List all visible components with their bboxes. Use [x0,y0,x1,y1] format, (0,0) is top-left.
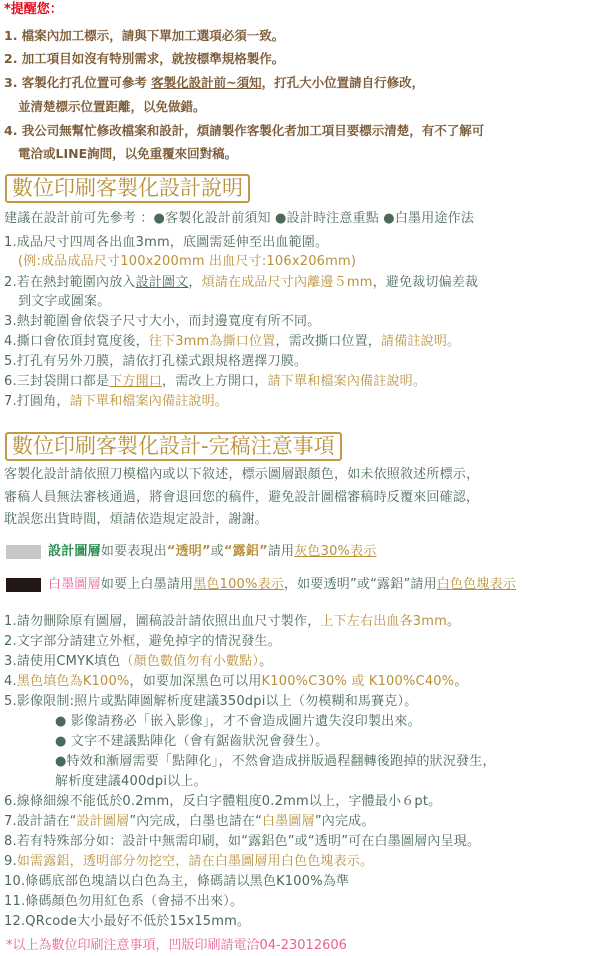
text: 7.打圓角， [4,394,70,409]
text: ，如要透明”或“露鋁”請用 [284,577,437,592]
section2-intro-3: 耽誤您出貨時間，煩請依造規定設計，謝謝。 [4,512,268,528]
section2-item-12: 12.QRcode大小最好不低於15x15mm。 [4,914,250,930]
text-highlight: 黑色填色為K100% [17,674,130,689]
gray-swatch [6,545,41,559]
black-swatch [6,578,41,592]
text-underlined: 白色色塊表示 [437,577,516,592]
text-highlight: 往下3mm為撕口位置 [149,334,276,349]
section1-item-6: 6.三封袋開口都是下方開口，需改上方開口，請下單和檔案內備註說明。 [4,374,426,390]
text: 如要上白墨請用 [101,577,193,592]
text-highlight: K100%C30% 或 K100%C40% [262,674,455,689]
text: 2.若在熱封範圍內放入 [4,275,136,290]
text: 。 [447,614,460,629]
reminder-item-4-cont: 電洽或LINE詢問，以免重覆來回對稿。 [18,146,237,162]
section1-item-1-example: (例:成品成品尺寸100x200mm 出血尺寸:106x206mm) [18,254,356,270]
footer-note: *以上為數位印刷注意事項，凹版印刷請電洽04-23012606 [6,938,347,954]
text-highlight: 煩請在成品尺寸內離邊５mm [202,275,373,290]
text: 。 [259,654,272,669]
text: 請用 [268,544,294,559]
section2-item-7: 7.設計請在“設計圖層”內完成，白墨也請在“白墨圖層”內完成。 [4,814,375,830]
section2-item-5-sub-3-cont: 解析度建議400dpi以上。 [55,774,207,790]
section1-item-5: 5.打孔有另外刀膜，請依打孔樣式跟規格選擇刀膜。 [4,354,307,370]
section2-item-11: 11.條碼顏色勿用紅色系（會掃不出來）。 [4,894,243,910]
text: 如要表現出 [101,544,167,559]
legend-white-ink-layer: 白墨圖層如要上白墨請用黑色100%表示，如要透明”或“露鋁”請用白色色塊表示 [48,577,516,593]
text: 9. [4,854,17,869]
text-highlight: 請備註說明。 [381,334,460,349]
text-highlight: “露鋁” [224,544,268,559]
section2-item-5-sub-1: ● 影像請務必「嵌入影像」，才不會造成圖片遺失沒印製出來。 [55,714,421,730]
section2-item-8: 8.若有特殊部分如：設計中無需印刷，如“露鋁色”或“透明”可在白墨圖層內呈現。 [4,834,480,850]
text: ，需改上方開口， [162,374,268,389]
text: 3.請使用CMYK填色 [4,654,120,669]
reminder-item-3-post: ，打孔大小位置請自行修改， [262,75,425,90]
section2-intro-1: 客製化設計請依照刀模檔內或以下敘述，標示圖層跟顏色，如未依照敘述所標示， [4,467,479,483]
section2-intro-2: 審稿人員無法審核通過，將會退回您的稿件，避免設計圖檔審稿時反覆來回確認， [4,490,479,506]
text: 7.設計請在“ [4,814,77,829]
reminder-item-2: 2. 加工項目如沒有特別需求，就按標準規格製作。 [4,51,284,67]
section2-item-5: 5.影像限制:照片或點陣圖解析度建議350dpi以上（勿模糊和馬賽克）。 [4,694,417,710]
text: 4. [4,674,17,689]
text: ， [188,275,201,290]
section2-item-3: 3.請使用CMYK填色（顏色數值勿有小數點）。 [4,654,272,670]
reminder-item-4: 4. 我公司無幫忙修改檔案和設計，煩請製作客製化者加工項目要標示清楚，有不了解可 [4,123,484,139]
text-highlight: 白墨圖層 [262,814,315,829]
legend-design-layer: 設計圖層如要表現出“透明”或“露鋁”請用灰色30%表示 [48,544,377,560]
section2-item-10: 10.條碼底部色塊請以白色為主，條碼請以黑色K100%為準 [4,874,349,890]
section2-item-2: 2.文字部分請建立外框，避免掉字的情況發生。 [4,634,281,650]
text-highlight: 請下單和檔案內備註說明。 [70,394,228,409]
text-highlight: 如需露鋁，透明部分勿挖空，請在白墨圖層用白色色塊表示 [17,854,360,869]
reminder-item-3-cont: 並清楚標示位置距離，以免做錯。 [18,99,206,115]
section1-item-4: 4.撕口會依頂封寬度後，往下3mm為撕口位置，需改撕口位置，請備註說明。 [4,334,460,350]
text: ”內完成，白墨也請在“ [129,814,262,829]
section2-item-5-sub-3: ●特效和漸層需要「點陣化」，不然會造成拼版過程翻轉後跑掉的狀況發生， [55,754,496,770]
text-highlight: 請下單和檔案內備註說明。 [268,374,426,389]
reminder-title: *提醒您： [4,2,63,18]
text: 。 [360,854,373,869]
reminder-item-1: 1. 檔案內加工標示，請與下單加工選項必須一致。 [4,28,284,44]
section1-item-2: 2.若在熱封範圍內放入設計圖文，煩請在成品尺寸內離邊５mm，避免裁切偏差裁 [4,275,478,291]
reminder-item-3-text: 3. 客製化打孔位置可參考 [4,75,151,90]
text: ，需改撕口位置， [275,334,381,349]
text-highlight: 上下左右出血各3mm [320,614,447,629]
text: 6.三封袋開口都是 [4,374,109,389]
text-highlight: 設計圖層 [77,814,130,829]
legend-label: 設計圖層 [48,544,101,559]
text: ，如要加深黑色可以用 [130,674,262,689]
section1-item-1: 1.成品尺寸四周各出血3mm，底圖需延伸至出血範圍。 [4,235,328,251]
text-underlined: 設計圖文 [136,275,189,290]
text-underlined: 黑色100%表示 [193,577,284,592]
text-highlight: “透明” [167,544,211,559]
section1-item-7: 7.打圓角，請下單和檔案內備註說明。 [4,394,228,410]
section2-item-9: 9.如需露鋁，透明部分勿挖空，請在白墨圖層用白色色塊表示。 [4,854,373,870]
text-underlined: 灰色30%表示 [294,544,376,559]
section1-intro: 建議在設計前可先參考 ：●客製化設計前須知 ●設計時注意重點 ●白墨用途作法 [4,211,474,227]
text-underlined: 下方開口 [109,374,162,389]
section-title-design-guide: 數位印刷客製化設計說明 [5,174,250,203]
link-design-notice[interactable]: 客製化設計前~須知 [151,75,261,90]
text: 或 [211,544,224,559]
section-title-artwork-notes: 數位印刷客製化設計-完稿注意事項 [5,432,342,461]
text: ，避免裁切偏差裁 [373,275,479,290]
section2-item-6: 6.線條細線不能低於0.2mm，反白字體粗度0.2mm以上，字體最小６pt。 [4,794,441,810]
section2-item-4: 4.黑色填色為K100%，如要加深黑色可以用K100%C30% 或 K100%C… [4,674,468,690]
reminder-item-3: 3. 客製化打孔位置可參考 客製化設計前~須知，打孔大小位置請自行修改， [4,75,424,91]
text-highlight: （顏色數值勿有小數點） [120,654,259,669]
text: 1.請勿刪除原有圖層，圖稿設計請依照出血尺寸製作， [4,614,320,629]
section1-item-3: 3.熱封範圍會依袋子尺寸大小，而封邊寬度有所不同。 [4,314,320,330]
section2-item-1: 1.請勿刪除原有圖層，圖稿設計請依照出血尺寸製作，上下左右出血各3mm。 [4,614,460,630]
text: 4.撕口會依頂封寬度後， [4,334,149,349]
text: ”內完成。 [315,814,375,829]
legend-label: 白墨圖層 [48,577,101,592]
section2-item-5-sub-2: ● 文字不建議點陣化（會有鋸齒狀況會發生）。 [55,734,328,750]
text: 。 [454,674,467,689]
section1-item-2-cont: 到文字或圖案。 [18,294,110,310]
